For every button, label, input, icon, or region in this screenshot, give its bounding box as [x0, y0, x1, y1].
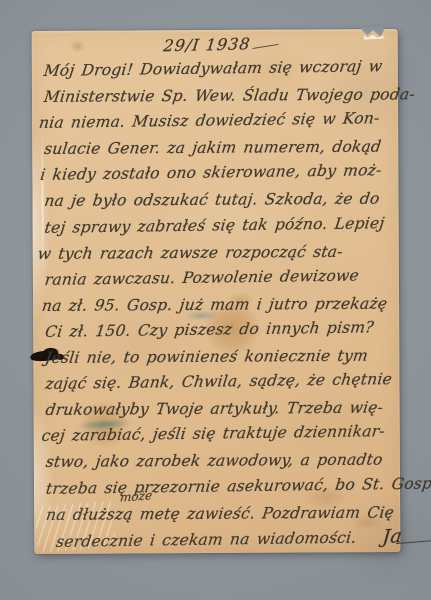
handwriting-line: serdecznie i czekam na wiadomości.Ja	[55, 523, 401, 554]
handwriting-line-text: serdecznie i czekam na wiadomości.	[55, 528, 358, 550]
inserted-word-above-line: może	[120, 488, 153, 504]
handwriting-line: Ci zł. 150. Czy piszesz do innych pism?	[44, 314, 400, 345]
handwriting-line: tej sprawy zabrałeś się tak późno. Lepie…	[43, 210, 399, 241]
handwriting-line: cej zarabiać, jeśli się traktuje dzienni…	[40, 418, 400, 449]
handwriting-line: rania zawczasu. Pozwolenie dewizowe	[43, 262, 399, 293]
letter-body: Mój Drogi! Dowiadywałam się wczoraj w Mi…	[44, 56, 399, 554]
handwriting-line: zająć się. Bank, Chwila, sądzę, że chętn…	[44, 366, 400, 397]
handwriting-line: nia niema. Musisz dowiedzieć się w Kon-	[37, 105, 398, 136]
stain	[70, 40, 86, 53]
handwriting-line: Mój Drogi! Dowiadywałam się wczoraj w	[42, 53, 398, 84]
letter-date: 29/I 1938	[162, 34, 279, 56]
handwriting-line: i kiedy zostało ono skierowane, aby moż-	[39, 157, 399, 188]
handwriting-line: trzeba się przezornie asekurować, bo St.…	[44, 470, 400, 501]
signature-flourish: Ja	[381, 521, 431, 549]
handwritten-letter-page: 29/I 1938 Mój Drogi! Dowiadywałam się wc…	[32, 29, 401, 554]
photo-backdrop: 29/I 1938 Mój Drogi! Dowiadywałam się wc…	[0, 0, 431, 600]
